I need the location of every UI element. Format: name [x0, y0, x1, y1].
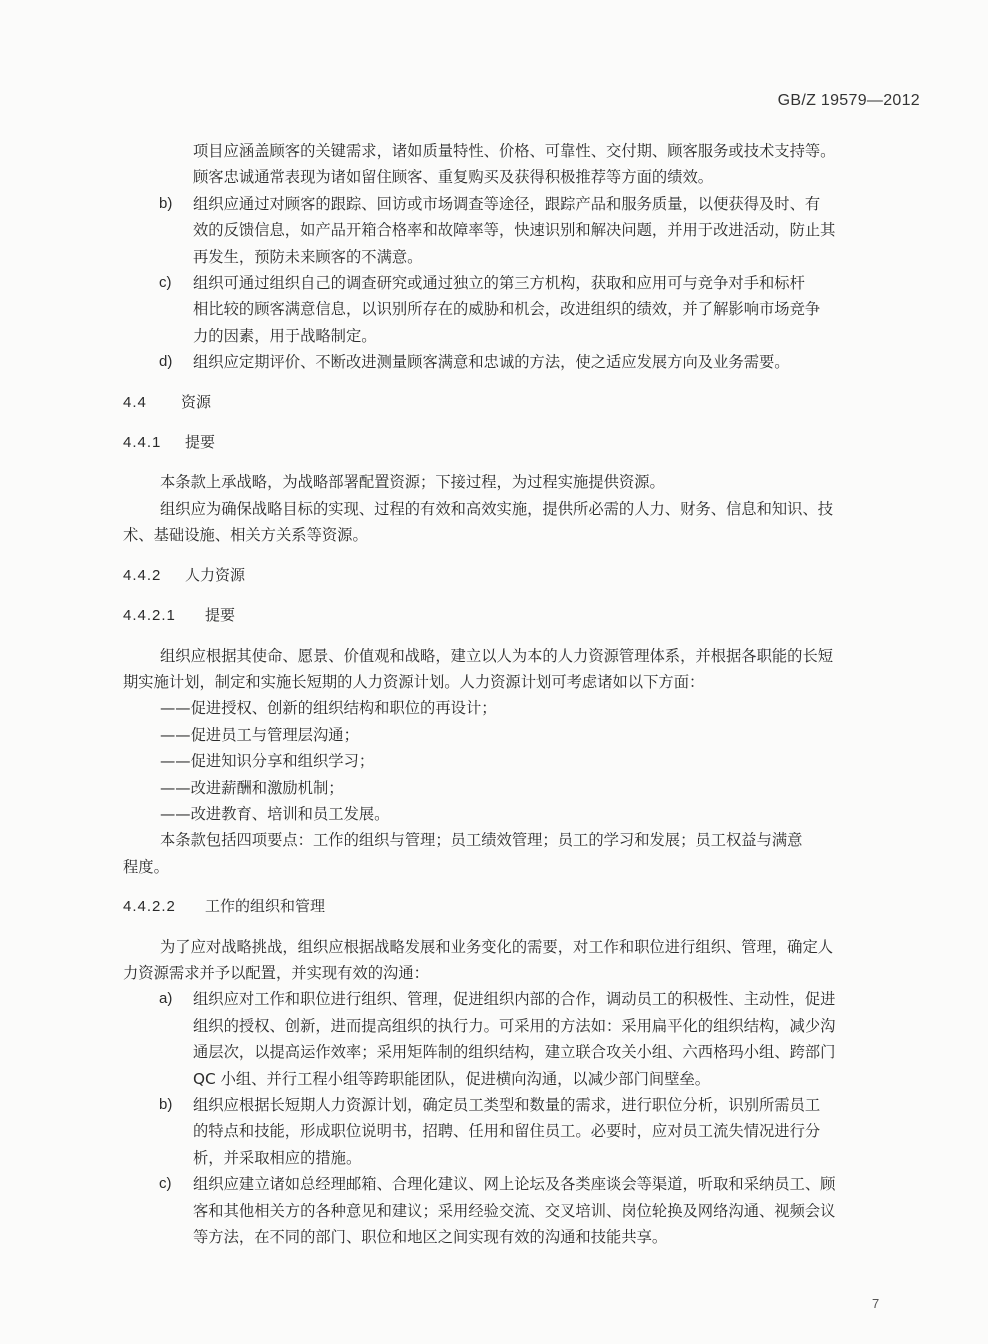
paragraph: 组织应根据其使命、愿景、价值观和战略，建立以人为本的人力资源管理体系，并根据各职…: [123, 643, 923, 696]
list-label: c): [159, 270, 172, 296]
section-heading-4-4-2-2: 4.4.2.2工作的组织和管理: [123, 893, 923, 920]
text-line: 组织应根据其使命、愿景、价值观和战略，建立以人为本的人力资源管理体系，并根据各职…: [123, 643, 923, 669]
list-label: a): [159, 986, 172, 1012]
text-line: 术、基础设施、相关方关系等资源。: [123, 522, 923, 548]
text-line: 项目应涵盖顾客的关键需求，诸如质量特性、价格、可靠性、交付期、顾客服务或技术支持…: [193, 138, 923, 164]
list-item-c: c) 组织可通过组织自己的调查研究或通过独立的第三方机构，获取和应用可与竞争对手…: [123, 270, 923, 349]
text-line: 析，并采取相应的措施。: [193, 1145, 923, 1171]
text-line: 期实施计划，制定和实施长短期的人力资源计划。人力资源计划可考虑诸如以下方面：: [123, 669, 923, 695]
dash-list-item: ——促进知识分享和组织学习；: [123, 748, 923, 774]
list-item-b: b) 组织应通过对顾客的跟踪、回访或市场调查等途径，跟踪产品和服务质量，以便获得…: [123, 191, 923, 270]
section-number: 4.4: [123, 390, 181, 416]
text-line: 的特点和技能，形成职位说明书，招聘、任用和留住员工。必要时，应对员工流失情况进行…: [193, 1118, 923, 1144]
list-label: d): [159, 349, 172, 375]
section-heading-4-4: 4.4资源: [123, 389, 923, 416]
section-title: 提要: [205, 606, 235, 624]
list-label: c): [159, 1171, 172, 1197]
text-line: 组织应根据长短期人力资源计划，确定员工类型和数量的需求，进行职位分析，识别所需员…: [193, 1092, 923, 1118]
intro-continuation: 项目应涵盖顾客的关键需求，诸如质量特性、价格、可靠性、交付期、顾客服务或技术支持…: [123, 138, 923, 191]
list-item-d: d) 组织应定期评价、不断改进测量顾客满意和忠诚的方法，使之适应发展方向及业务需…: [123, 349, 923, 375]
list-item-c: c) 组织应建立诸如总经理邮箱、合理化建议、网上论坛及各类座谈会等渠道，听取和采…: [123, 1171, 923, 1250]
text-line: 力资源需求并予以配置，并实现有效的沟通：: [123, 960, 923, 986]
dash-list-item: ——改进薪酬和激励机制；: [123, 775, 923, 801]
section-number: 4.4.2.1: [123, 603, 205, 629]
list-label: b): [159, 191, 172, 217]
text-line: 通层次，以提高运作效率；采用矩阵制的组织结构，建立联合攻关小组、六西格玛小组、跨…: [193, 1039, 923, 1065]
list-label: b): [159, 1092, 172, 1118]
page-number: 7: [872, 1296, 879, 1311]
text-line: 组织的授权、创新，进而提高组织的执行力。可采用的方法如：采用扁平化的组织结构，减…: [193, 1013, 923, 1039]
text-line: 组织应定期评价、不断改进测量顾客满意和忠诚的方法，使之适应发展方向及业务需要。: [193, 349, 923, 375]
section-heading-4-4-2: 4.4.2人力资源: [123, 562, 923, 589]
section-number: 4.4.2: [123, 563, 185, 589]
document-code: GB/Z 19579—2012: [778, 92, 920, 110]
text-line: 本条款上承战略，为战略部署配置资源；下接过程，为过程实施提供资源。: [123, 469, 923, 495]
text-line: 组织可通过组织自己的调查研究或通过独立的第三方机构，获取和应用可与竞争对手和标杆: [193, 270, 923, 296]
paragraph: 为了应对战略挑战，组织应根据战略发展和业务变化的需要，对工作和职位进行组织、管理…: [123, 934, 923, 987]
text-line: 客和其他相关方的各种意见和建议；采用经验交流、交叉培训、岗位轮换及网络沟通、视频…: [193, 1198, 923, 1224]
dash-list-item: ——促进授权、创新的组织结构和职位的再设计；: [123, 695, 923, 721]
text-line: 等方法，在不同的部门、职位和地区之间实现有效的沟通和技能共享。: [193, 1224, 923, 1250]
text-line: 本条款包括四项要点：工作的组织与管理；员工绩效管理；员工的学习和发展；员工权益与…: [123, 827, 923, 853]
list-item-a: a) 组织应对工作和职位进行组织、管理，促进组织内部的合作，调动员工的积极性、主…: [123, 986, 923, 1092]
paragraph: 本条款包括四项要点：工作的组织与管理；员工绩效管理；员工的学习和发展；员工权益与…: [123, 827, 923, 880]
text-line: 效的反馈信息，如产品开箱合格率和故障率等，快速识别和解决问题，并用于改进活动，防…: [193, 217, 923, 243]
dash-list-item: ——促进员工与管理层沟通；: [123, 722, 923, 748]
text-line: 顾客忠诚通常表现为诸如留住顾客、重复购买及获得积极推荐等方面的绩效。: [193, 164, 923, 190]
text-line: 组织应建立诸如总经理邮箱、合理化建议、网上论坛及各类座谈会等渠道，听取和采纳员工…: [193, 1171, 923, 1197]
text-line: 力的因素，用于战略制定。: [193, 323, 923, 349]
section-number: 4.4.1: [123, 430, 185, 456]
text-line: 再发生，预防未来顾客的不满意。: [193, 244, 923, 270]
text-line: QC 小组、并行工程小组等跨职能团队，促进横向沟通，以减少部门间壁垒。: [193, 1066, 923, 1092]
text-line: 为了应对战略挑战，组织应根据战略发展和业务变化的需要，对工作和职位进行组织、管理…: [123, 934, 923, 960]
text-line: 组织应通过对顾客的跟踪、回访或市场调查等途径，跟踪产品和服务质量，以便获得及时、…: [193, 191, 923, 217]
section-heading-4-4-1: 4.4.1提要: [123, 429, 923, 456]
page-body: 项目应涵盖顾客的关键需求，诸如质量特性、价格、可靠性、交付期、顾客服务或技术支持…: [123, 138, 923, 1250]
section-title: 人力资源: [185, 566, 245, 584]
text-line: 程度。: [123, 854, 923, 880]
dash-list-item: ——改进教育、培训和员工发展。: [123, 801, 923, 827]
list-item-b: b) 组织应根据长短期人力资源计划，确定员工类型和数量的需求，进行职位分析，识别…: [123, 1092, 923, 1171]
paragraph: 本条款上承战略，为战略部署配置资源；下接过程，为过程实施提供资源。: [123, 469, 923, 495]
paragraph: 组织应为确保战略目标的实现、过程的有效和高效实施，提供所必需的人力、财务、信息和…: [123, 496, 923, 549]
text-line: 组织应对工作和职位进行组织、管理，促进组织内部的合作，调动员工的积极性、主动性，…: [193, 986, 923, 1012]
section-number: 4.4.2.2: [123, 894, 205, 920]
section-title: 资源: [181, 393, 211, 411]
section-title: 提要: [185, 433, 215, 451]
text-line: 相比较的顾客满意信息，以识别所存在的威胁和机会，改进组织的绩效，并了解影响市场竞…: [193, 296, 923, 322]
text-line: 组织应为确保战略目标的实现、过程的有效和高效实施，提供所必需的人力、财务、信息和…: [123, 496, 923, 522]
section-heading-4-4-2-1: 4.4.2.1提要: [123, 602, 923, 629]
dash-list: ——促进授权、创新的组织结构和职位的再设计； ——促进员工与管理层沟通； ——促…: [123, 695, 923, 827]
section-title: 工作的组织和管理: [205, 897, 325, 915]
